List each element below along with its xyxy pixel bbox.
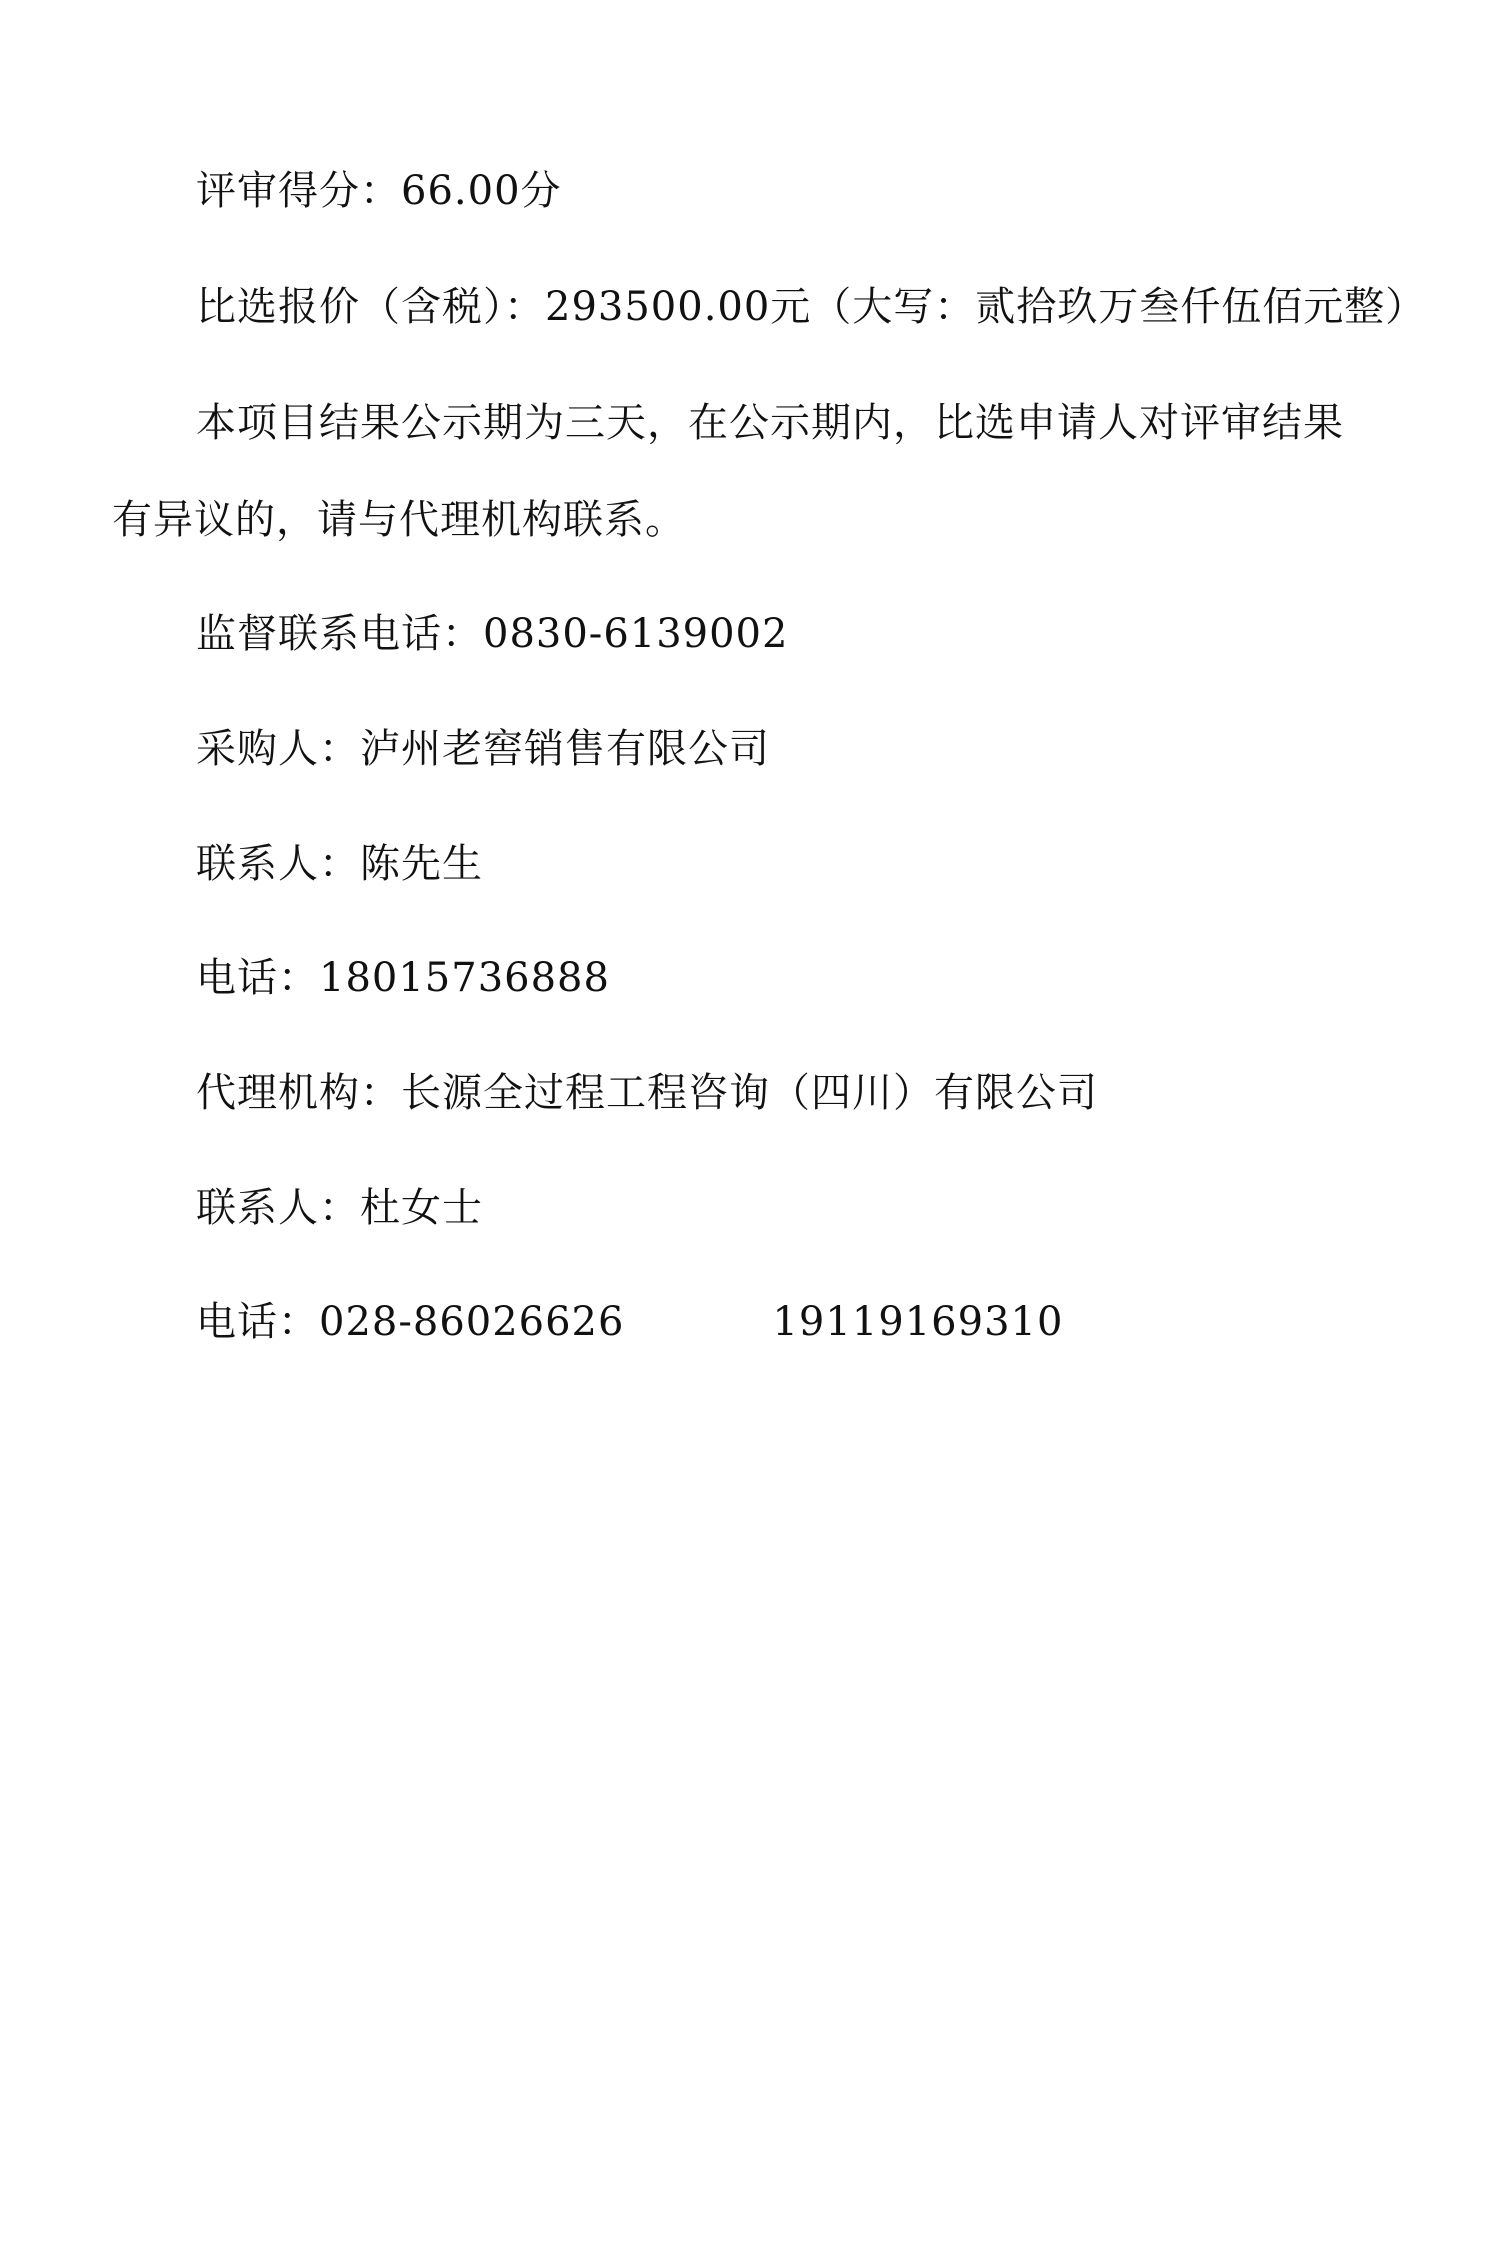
supervision-phone-line: 监督联系电话：0830-6139002 [196, 610, 788, 658]
document-page: 评审得分：66.00分 比选报价（含税）：293500.00元（大写：贰拾玖万叁… [0, 0, 1500, 2241]
purchaser-phone-line: 电话：18015736888 [196, 954, 610, 1002]
agency-phone-label: 电话： [196, 1299, 319, 1345]
notice-text-1: 本项目结果公示期为三天，在公示期内，比选申请人对评审结果 [196, 400, 1344, 446]
agency-value: 长源全过程工程咨询（四川）有限公司 [401, 1070, 1098, 1116]
review-score-value: 66.00分 [401, 168, 562, 214]
bid-price-label: 比选报价（含税）： [196, 284, 545, 330]
agency-phone-value-1: 028-86026626 [319, 1299, 624, 1345]
agency-phone-line: 电话：028-8602662619119169310 [196, 1298, 1063, 1346]
agency-contact-label: 联系人： [196, 1185, 360, 1231]
supervision-phone-label: 监督联系电话： [196, 611, 483, 657]
agency-phone-value-2: 19119169310 [772, 1299, 1063, 1345]
purchaser-contact-value: 陈先生 [360, 841, 483, 887]
agency-line: 代理机构：长源全过程工程咨询（四川）有限公司 [196, 1069, 1098, 1117]
purchaser-phone-label: 电话： [196, 955, 319, 1001]
purchaser-value: 泸州老窖销售有限公司 [360, 726, 770, 772]
review-score-label: 评审得分： [196, 168, 401, 214]
agency-contact-value: 杜女士 [360, 1185, 483, 1231]
purchaser-phone-value: 18015736888 [319, 955, 610, 1001]
purchaser-contact-line: 联系人：陈先生 [196, 840, 483, 888]
agency-contact-line: 联系人：杜女士 [196, 1184, 483, 1232]
bid-price-line: 比选报价（含税）：293500.00元（大写：贰拾玖万叁仟伍佰元整） [196, 283, 1426, 331]
notice-line-1: 本项目结果公示期为三天，在公示期内，比选申请人对评审结果 [196, 399, 1344, 447]
agency-label: 代理机构： [196, 1070, 401, 1116]
purchaser-label: 采购人： [196, 726, 360, 772]
purchaser-contact-label: 联系人： [196, 841, 360, 887]
review-score-line: 评审得分：66.00分 [196, 167, 562, 215]
notice-text-2: 有异议的，请与代理机构联系。 [112, 497, 686, 543]
supervision-phone-value: 0830-6139002 [483, 611, 788, 657]
bid-price-value: 293500.00元（大写：贰拾玖万叁仟伍佰元整） [545, 284, 1426, 330]
purchaser-line: 采购人：泸州老窖销售有限公司 [196, 725, 770, 773]
notice-line-2: 有异议的，请与代理机构联系。 [112, 496, 686, 544]
